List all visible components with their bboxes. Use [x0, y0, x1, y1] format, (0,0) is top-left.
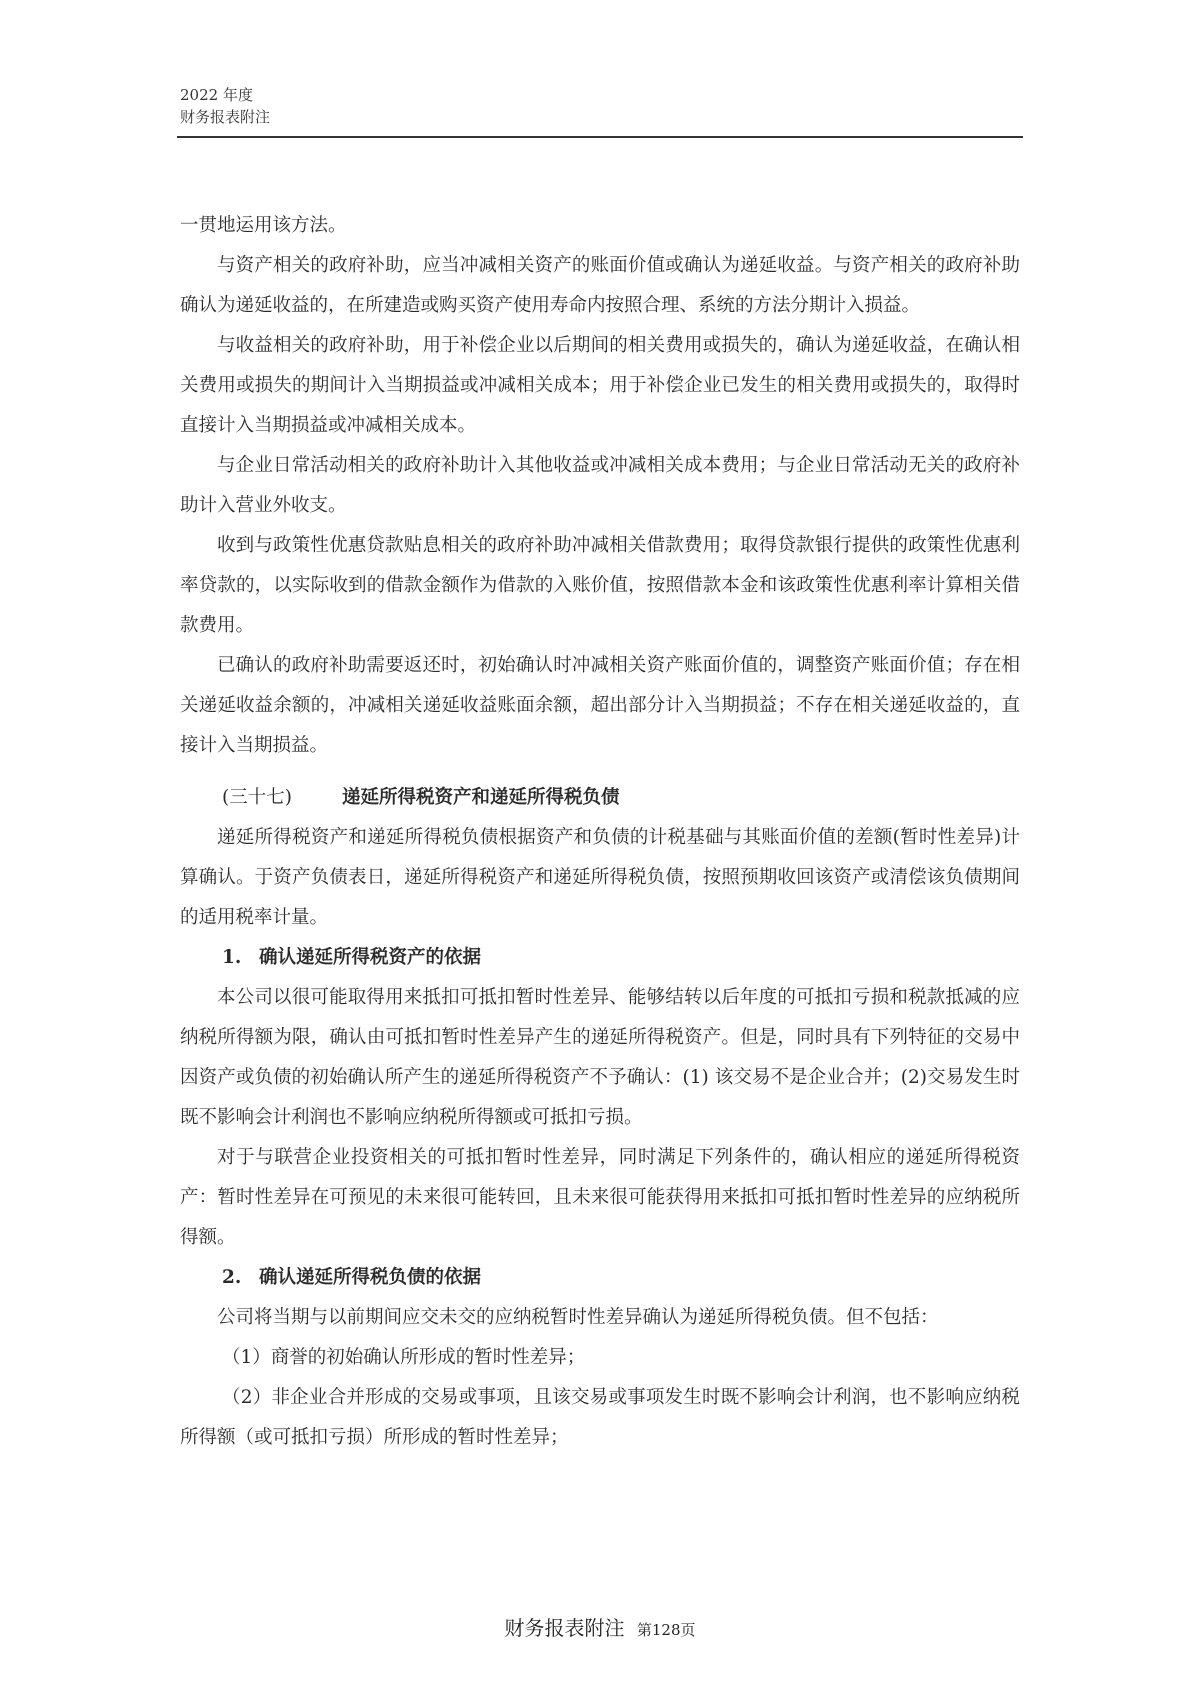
header-year: 2022 年度: [180, 84, 1020, 106]
document-body: 一贯地运用该方法。 与资产相关的政府补助，应当冲减相关资产的账面价值或确认为递延…: [180, 208, 1020, 1458]
paragraph-dtl-basis: 公司将当期与以前期间应交未交的应纳税暂时性差异确认为递延所得税负债。但不包括：: [180, 1298, 1020, 1338]
section-title: 递延所得税资产和递延所得税负债: [342, 778, 620, 818]
paragraph-daily-activity-grants: 与企业日常活动相关的政府补助计入其他收益或冲减相关成本费用；与企业日常活动无关的…: [180, 446, 1020, 526]
paragraph-income-related-grants: 与收益相关的政府补助，用于补偿企业以后期间的相关费用或损失的，确认为递延收益，在…: [180, 326, 1020, 446]
header-divider: [177, 136, 1023, 138]
list-item-non-business-combination: （2）非企业合并形成的交易或事项，且该交易或事项发生时既不影响会计利润，也不影响…: [180, 1378, 1020, 1458]
subsection-title: 确认递延所得税资产的依据: [259, 938, 481, 978]
paragraph-dta-basis: 本公司以很可能取得用来抵扣可抵扣暂时性差异、能够结转以后年度的可抵扣亏损和税款抵…: [180, 978, 1020, 1138]
section-number: (三十七): [222, 778, 342, 818]
paragraph-asset-related-grants: 与资产相关的政府补助，应当冲减相关资产的账面价值或确认为递延收益。与资产相关的政…: [180, 246, 1020, 326]
subsection-number: 2.: [222, 1258, 259, 1298]
page-header: 2022 年度 财务报表附注: [180, 84, 1020, 128]
subsection-title: 确认递延所得税负债的依据: [259, 1258, 481, 1298]
section-intro: 递延所得税资产和递延所得税负债根据资产和负债的计税基础与其账面价值的差额(暂时性…: [180, 818, 1020, 938]
page-number: 第128页: [637, 1621, 696, 1639]
footer-title: 财务报表附注: [505, 1616, 625, 1640]
paragraph-dta-associates: 对于与联营企业投资相关的可抵扣暂时性差异，同时满足下列条件的，确认相应的递延所得…: [180, 1138, 1020, 1258]
page-footer: 财务报表附注 第128页: [0, 1612, 1200, 1641]
subsection-heading-1: 1. 确认递延所得税资产的依据: [180, 938, 1020, 978]
section-heading-37: (三十七) 递延所得税资产和递延所得税负债: [180, 778, 1020, 818]
list-item-goodwill: （1）商誉的初始确认所形成的暂时性差异；: [180, 1338, 1020, 1378]
subsection-number: 1.: [222, 938, 259, 978]
subsection-heading-2: 2. 确认递延所得税负债的依据: [180, 1258, 1020, 1298]
paragraph-continuation: 一贯地运用该方法。: [180, 206, 1020, 246]
paragraph-grant-refunds: 已确认的政府补助需要返还时，初始确认时冲减相关资产账面价值的，调整资产账面价值；…: [180, 646, 1020, 766]
paragraph-loan-interest-grants: 收到与政策性优惠贷款贴息相关的政府补助冲减相关借款费用；取得贷款银行提供的政策性…: [180, 526, 1020, 646]
header-title: 财务报表附注: [180, 106, 1020, 128]
